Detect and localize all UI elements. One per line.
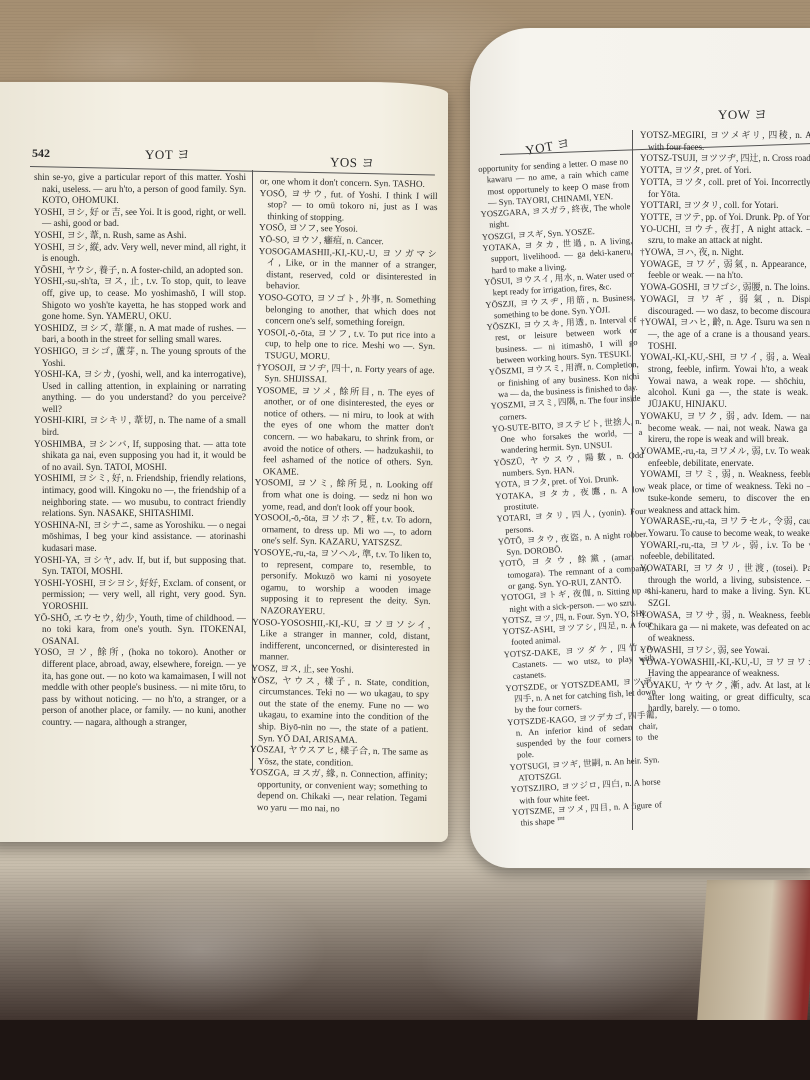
dictionary-entry: YOSZGA, ヨスガ, 緣, n. Connection, affinity;… [249, 767, 428, 816]
dictionary-entry: †YOWA, ヨハ, 夜, n. Night. [640, 247, 810, 259]
entry-column-1: opportunity for sending a letter. O mase… [478, 156, 663, 829]
dictionary-entry: YOSO-GOTO, ヨソゴト, 外事, n. Something belong… [257, 292, 436, 330]
dictionary-entry: YOSOGAMASHII,-KI,-KU,-U, ヨソガマシイ, Like, o… [258, 246, 437, 295]
dictionary-entry: YŌSZAI, ヤウスアヒ, 樣子合, n. The same as Yōsz,… [250, 744, 428, 770]
dictionary-entry: YOWAI,-KI,-KU,-SHI, ヨワイ, 弱, a. Weak, not… [640, 352, 810, 411]
entry-column-1: shin se-yo, give a particular report of … [34, 172, 246, 729]
dictionary-entry: YOSOI,-ō,-ōta, ヨソフ, t.v. To put rice int… [257, 327, 436, 365]
dictionary-entry: YOWA-GOSHI, ヨワゴシ, 弱腰, n. The loins. [640, 282, 810, 294]
dictionary-entry: YOSOYE,-ru,-ta, ヨソヘル, 準, t.v. To liken t… [252, 547, 431, 620]
dictionary-entry: YOWAMI, ヨワミ, 弱, n. Weakness, feebleness,… [640, 469, 810, 516]
dictionary-entry: YOSŌ, ヨサウ, fut. of Yoshi. I think I will… [259, 188, 438, 226]
dictionary-entry: YOSHI-KIRI, ヨシキリ, 葦切, n. The name of a s… [34, 415, 246, 438]
column-divider [632, 130, 633, 830]
dictionary-entry: YOWASHI, ヨワシ, 弱, see Yowai. [640, 645, 810, 657]
dictionary-entry: YOSHI-YOSHI, ヨシヨシ, 好好, Exclam. of consen… [34, 578, 246, 613]
dictionary-entry: YOWAGI, ヨワギ, 弱氣, n. Dispirited, discoura… [640, 294, 810, 317]
dictionary-entry: YOTSZ-TSUJI, ヨツツヂ, 四辻, n. Cross roads. [640, 153, 810, 165]
dictionary-entry: YOTSZDE-KAGO, ヨツデカゴ, 四手籠, n. An inferior… [507, 709, 659, 762]
dictionary-entry: YOSOMI, ヨソミ, 餘所見, n. Looking off from wh… [254, 477, 433, 515]
dictionary-entry: YŌ-SHŌ, エウセウ, 幼少, Youth, time of childho… [34, 613, 246, 648]
dictionary-entry: YOSHI,-su,-sh'ta, ヨス, 止, t.v. To stop, q… [34, 276, 246, 322]
running-header-left: YOT ヨ [524, 132, 572, 159]
dictionary-entry: YOSOME, ヨソメ, 餘所目, n. The eyes of another… [255, 385, 435, 481]
dictionary-entry: YOSHIGO, ヨシゴ, 蘆芽, n. The young sprouts o… [34, 346, 246, 369]
dictionary-entry: YOWA-YOWASHII,-KI,-KU,-U, ヨワヨワシイ, Having… [640, 657, 810, 680]
dictionary-entry: YOWAKU, ヨワク, 弱, adv. Idem. — naru, to be… [640, 411, 810, 446]
dictionary-entry: YOSHIMBA, ヨシンバ, If, supposing that. — at… [34, 439, 246, 474]
dictionary-entry: †YOWAI, ヨハヒ, 齡, n. Age. Tsuru wa sen nen… [640, 317, 810, 352]
running-header-left: YOT ヨ [145, 144, 190, 163]
dictionary-entry: YOTTA, ヨツタ, coll. pret of Yoi. Incorrect… [640, 177, 810, 200]
dictionary-entry: YOSHI, ヨシ, 縦, adv. Very well, never mind… [34, 242, 246, 265]
entry-column-2: YOTSZ-MEGIRI, ヨツメギリ, 四稜, n. A drill with… [640, 130, 810, 715]
running-header-right: YOW ヨ [718, 104, 768, 123]
dictionary-entry: YOWATARI, ヨワタリ, 世渡, (tosei). Passing thr… [640, 563, 810, 610]
dictionary-entry: shin se-yo, give a particular report of … [34, 172, 246, 207]
dictionary-entry: YOSO, ヨソ, 餘所, (hoka no tokoro). Another … [34, 647, 246, 728]
dictionary-entry: YOSHI-KA, ヨシカ, (yoshi, well, and ka inte… [34, 369, 246, 415]
dictionary-entry: YOSHIDZ, ヨシズ, 葦簾, n. A mat made of rushe… [34, 323, 246, 346]
dictionary-entry: YOSHI-YA, ヨシヤ, adv. If, but if, but supp… [34, 555, 246, 578]
dictionary-entry: YOSHINA-NI, ヨシナニ, same as Yoroshiku. — o… [34, 520, 246, 555]
dictionary-entry: YOWASA, ヨワサ, 弱, n. Weakness, feebleness.… [640, 610, 810, 645]
dictionary-entry: †YOSOJI, ヨソヂ, 四十, n. Forty years of age.… [256, 361, 434, 387]
dictionary-entry: YOSO-YOSOSHII,-KI,-KU, ヨソヨソシイ, Like a st… [252, 616, 431, 665]
page-number: 542 [32, 146, 50, 161]
dictionary-entry: YOWAME,-ru,-ta, ヨワメル, 弱, t.v. To weaken,… [640, 446, 810, 469]
dictionary-entry: opportunity for sending a letter. O mase… [478, 156, 630, 209]
dictionary-entry: YOTTARI, ヨツタリ, coll. for Yotari. [640, 200, 810, 212]
running-header-right: YOS ヨ [330, 151, 375, 172]
dark-floor [0, 1020, 810, 1080]
dictionary-entry: YOSHIMI, ヨシミ, 好, n. Friendship, friendly… [34, 473, 246, 519]
dictionary-entry: YO-UCHI, ヨウチ, 夜打, A night attack. — wo s… [640, 224, 810, 247]
dictionary-entry: YOTTE, ヨツテ, pp. of Yoi. Drunk. Pp. of Yo… [640, 212, 810, 224]
dictionary-entry: YOWAGE, ヨワゲ, 弱氣, n. Appearance, to be fe… [640, 259, 810, 282]
dictionary-entry: YOTTA, ヨツタ, pret. of Yori. [640, 165, 810, 177]
dictionary-entry: YŌYAKU, ヤウヤク, 漸, adv. At last, at length… [640, 680, 810, 715]
dictionary-entry: YŌSZ, ヤウス, 樣子, n. State, condition, circ… [250, 674, 429, 747]
entry-column-2: or, one whom it don't concern. Syn. TASH… [249, 176, 438, 817]
dictionary-entry: YOSHI, ヨシ, 葦, n. Rush, same as Ashi. [34, 230, 246, 242]
dictionary-entry: YOTSZ-MEGIRI, ヨツメギリ, 四稜, n. A drill with… [640, 130, 810, 153]
left-dictionary-page: 542 YOT ヨ YOS ヨ shin se-yo, give a parti… [0, 82, 448, 842]
dictionary-entry: YOWARASE,-ru,-ta, ヨワラセル, 令弱, caust. of Y… [640, 516, 810, 539]
dictionary-entry: YOWARI,-ru,-tta, ヨワル, 弱, i.v. To be weak… [640, 540, 810, 563]
dictionary-entry: YOSOOI,-ō,-ōta, ヨソホフ, 粧, t.v. To adorn, … [254, 512, 433, 550]
right-dictionary-page: YOT ヨ YOW ヨ opportunity for sending a le… [470, 28, 810, 868]
dictionary-entry: YŌSHI, ヤウシ, 養子, n. A foster-child, an ad… [34, 265, 246, 277]
dictionary-entry: YOSHI, ヨシ, 好 or 吉, see Yoi. It is good, … [34, 207, 246, 230]
